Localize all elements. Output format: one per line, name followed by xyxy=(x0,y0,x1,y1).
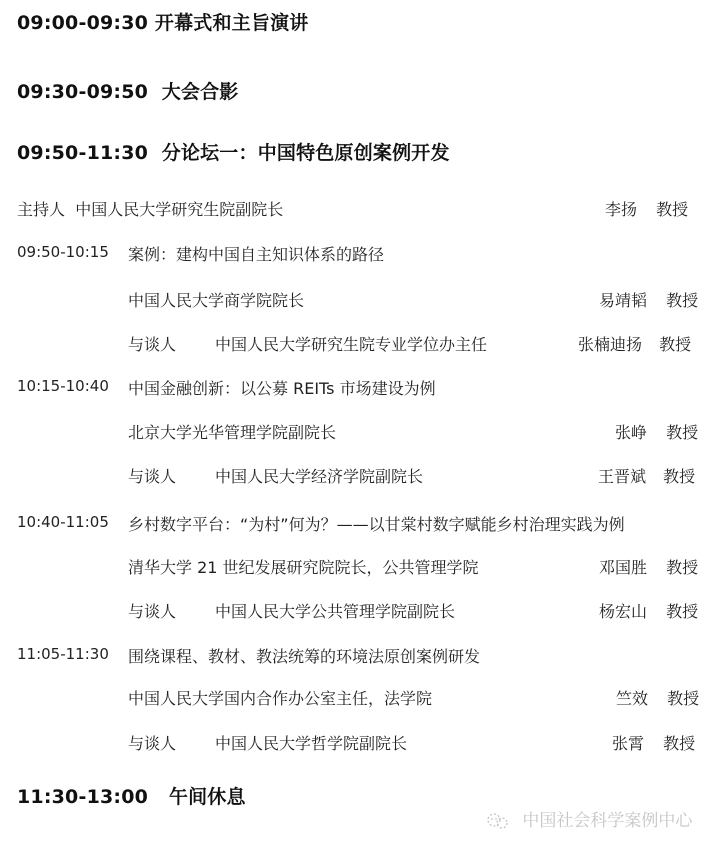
lunch-time: 11:30-13:00 xyxy=(17,786,148,808)
session-time: 10:40-11:05 xyxy=(17,513,109,531)
discussant-name: 王晋斌 xyxy=(598,467,646,486)
discussant-title: 教授 xyxy=(663,467,695,486)
watermark: 中国社会科学案例中心 xyxy=(485,806,692,831)
header-time: 09:30-09:50 xyxy=(17,81,148,103)
discussant-label: 与谈人 xyxy=(128,599,176,622)
speaker-name: 易靖韬 xyxy=(599,291,647,310)
header-title: 开幕式和主旨演讲 xyxy=(155,12,309,34)
agenda-lunch: 11:30-13:00 午间休息 xyxy=(17,782,246,809)
host-row: 主持人 中国人民大学研究生院副院长 xyxy=(17,197,283,220)
header-title: 分论坛一：中国特色原创案例开发 xyxy=(162,142,450,164)
discussant-affiliation: 中国人民大学哲学院副院长 xyxy=(215,731,407,754)
speaker-name: 邓国胜 xyxy=(599,558,647,577)
speaker-name: 张峥 xyxy=(615,423,647,442)
agenda-header-photo: 09:30-09:50 大会合影 xyxy=(17,77,239,104)
header-time: 09:50-11:30 xyxy=(17,142,148,164)
discussant-label: 与谈人 xyxy=(128,464,176,487)
speaker-name: 竺效 xyxy=(616,689,648,708)
lunch-title: 午间休息 xyxy=(169,786,246,808)
discussant-title: 教授 xyxy=(659,335,691,354)
discussant-name: 杨宏山 xyxy=(599,602,647,621)
speaker-affiliation: 中国人民大学国内合作办公室主任，法学院 xyxy=(128,686,432,709)
agenda-header-forum: 09:50-11:30 分论坛一：中国特色原创案例开发 xyxy=(17,138,450,165)
speaker-title: 教授 xyxy=(666,423,698,442)
host-name: 李扬 xyxy=(605,200,637,219)
speaker-name-block: 邓国胜 教授 xyxy=(599,555,698,578)
speaker-affiliation: 中国人民大学商学院院长 xyxy=(128,288,304,311)
session-time: 10:15-10:40 xyxy=(17,377,109,395)
speaker-name-block: 竺效 教授 xyxy=(616,686,699,709)
session-time: 11:05-11:30 xyxy=(17,645,109,663)
host-label: 主持人 xyxy=(17,200,65,219)
header-title: 大会合影 xyxy=(162,81,239,103)
discussant-name: 张楠迪扬 xyxy=(578,335,642,354)
discussant-label: 与谈人 xyxy=(128,332,176,355)
discussant-name-block: 杨宏山 教授 xyxy=(599,599,698,622)
discussant-affiliation: 中国人民大学公共管理学院副院长 xyxy=(215,599,455,622)
discussant-name: 张霄 xyxy=(612,734,644,753)
agenda-header-opening: 09:00-09:30 开幕式和主旨演讲 xyxy=(17,8,308,35)
discussant-title: 教授 xyxy=(663,734,695,753)
speaker-title: 教授 xyxy=(667,689,699,708)
session-topic: 围绕课程、教材、教法统筹的环境法原创案例研发 xyxy=(128,644,480,667)
watermark-text: 中国社会科学案例中心 xyxy=(522,811,692,831)
discussant-name-block: 张霄 教授 xyxy=(612,731,695,754)
speaker-name-block: 易靖韬 教授 xyxy=(599,288,698,311)
host-title: 教授 xyxy=(656,200,688,219)
discussant-name-block: 王晋斌 教授 xyxy=(598,464,695,487)
session-topic: 乡村数字平台：“为村”何为？——以甘棠村数字赋能乡村治理实践为例 xyxy=(128,512,625,535)
speaker-affiliation: 清华大学 21 世纪发展研究院院长，公共管理学院 xyxy=(128,555,479,578)
speaker-title: 教授 xyxy=(666,558,698,577)
speaker-affiliation: 北京大学光华管理学院副院长 xyxy=(128,420,336,443)
speaker-title: 教授 xyxy=(666,291,698,310)
wechat-icon xyxy=(485,811,511,831)
session-time: 09:50-10:15 xyxy=(17,243,109,261)
discussant-title: 教授 xyxy=(666,602,698,621)
discussant-label: 与谈人 xyxy=(128,731,176,754)
session-topic: 案例：建构中国自主知识体系的路径 xyxy=(128,242,384,265)
header-time: 09:00-09:30 xyxy=(17,12,148,34)
discussant-affiliation: 中国人民大学研究生院专业学位办主任 xyxy=(215,332,487,355)
host-name-block: 李扬 教授 xyxy=(605,197,688,220)
speaker-name-block: 张峥 教授 xyxy=(615,420,698,443)
host-affiliation: 中国人民大学研究生院副院长 xyxy=(75,200,283,219)
discussant-name-block: 张楠迪扬 教授 xyxy=(578,332,691,355)
session-topic: 中国金融创新：以公募 REITs 市场建设为例 xyxy=(128,376,436,399)
discussant-affiliation: 中国人民大学经济学院副院长 xyxy=(215,464,423,487)
